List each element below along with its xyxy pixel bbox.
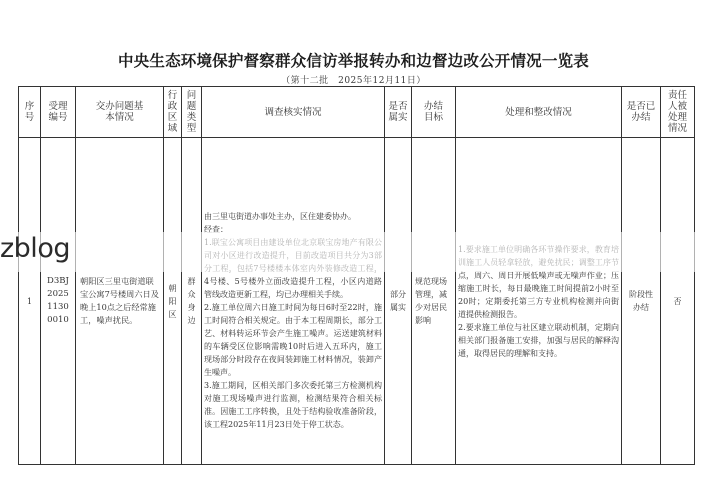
document-subtitle: （第十二批 2025年12月11日） [0, 73, 707, 86]
cell-accountability: 否 [661, 138, 695, 465]
cell-goal: 规范现场管理，减少对居民影响 [412, 138, 456, 465]
table-header-row: 序号 受理编号 交办问题基本情况 行政区域 问题类型 调查核实情况 是否属实 办… [19, 87, 695, 138]
header-type: 问题类型 [182, 87, 202, 138]
cell-investigation: 由三里屯街道办事处主办，区住建委协办。 经查： 1.联宝公寓项目由建设单位北京联… [202, 138, 385, 465]
document-title: 中央生态环境保护督察群众信访举报转办和边督边改公开情况一览表 [0, 49, 707, 71]
watermark-text: zblog [0, 232, 70, 266]
handling-line: 1.要求施工单位明确各环节操作要求，教育培训施工人员轻拿轻放，避免扰民；调整工序… [458, 243, 619, 321]
header-closed: 是否已办结 [622, 87, 661, 138]
investigation-line: 3.施工期间，区相关部门多次委托第三方检测机构对施工现场噪声进行监测，检测结果符… [204, 379, 382, 431]
header-case-no: 受理编号 [41, 87, 76, 138]
header-accountability: 责任人被处理情况 [661, 87, 695, 138]
investigation-line: 由三里屯街道办事处主办，区住建委协办。 [204, 210, 382, 223]
cell-case-no: D3BJ202511300010 [41, 138, 76, 465]
header-verified: 是否属实 [385, 87, 412, 138]
cell-district: 朝阳区 [164, 138, 182, 465]
cell-verified: 部分属实 [385, 138, 412, 465]
investigation-line: 经查： [204, 223, 382, 236]
cell-issue: 朝阳区三里屯街道联宝公寓7号楼周六日及晚上10点之后经常施工，噪声扰民。 [76, 138, 164, 465]
header-handling: 处理和整改情况 [456, 87, 622, 138]
header-goal: 办结目标 [412, 87, 456, 138]
cell-handling: 1.要求施工单位明确各环节操作要求，教育培训施工人员轻拿轻放，避免扰民；调整工序… [456, 138, 622, 465]
table-row: 1 D3BJ202511300010 朝阳区三里屯街道联宝公寓7号楼周六日及晚上… [19, 138, 695, 465]
cell-closed: 阶段性办结 [622, 138, 661, 465]
handling-line: 2.要求施工单位与社区建立联动机制，定期向相关部门报备施工安排，加强与居民的解释… [458, 321, 619, 360]
header-district: 行政区域 [164, 87, 182, 138]
header-issue: 交办问题基本情况 [76, 87, 164, 138]
investigation-line: 2.施工单位周六日施工时间为每日6时至22时，施工时间符合相关规定。由于本工程周… [204, 301, 382, 379]
cell-type: 群众身边 [182, 138, 202, 465]
investigation-line: 1.联宝公寓项目由建设单位北京联宝房地产有限公司对小区进行改造提升，目前改造项目… [204, 236, 382, 301]
header-investigation: 调查核实情况 [202, 87, 385, 138]
disclosure-table: 序号 受理编号 交办问题基本情况 行政区域 问题类型 调查核实情况 是否属实 办… [18, 86, 695, 465]
cell-seq: 1 [19, 138, 41, 465]
header-seq: 序号 [19, 87, 41, 138]
